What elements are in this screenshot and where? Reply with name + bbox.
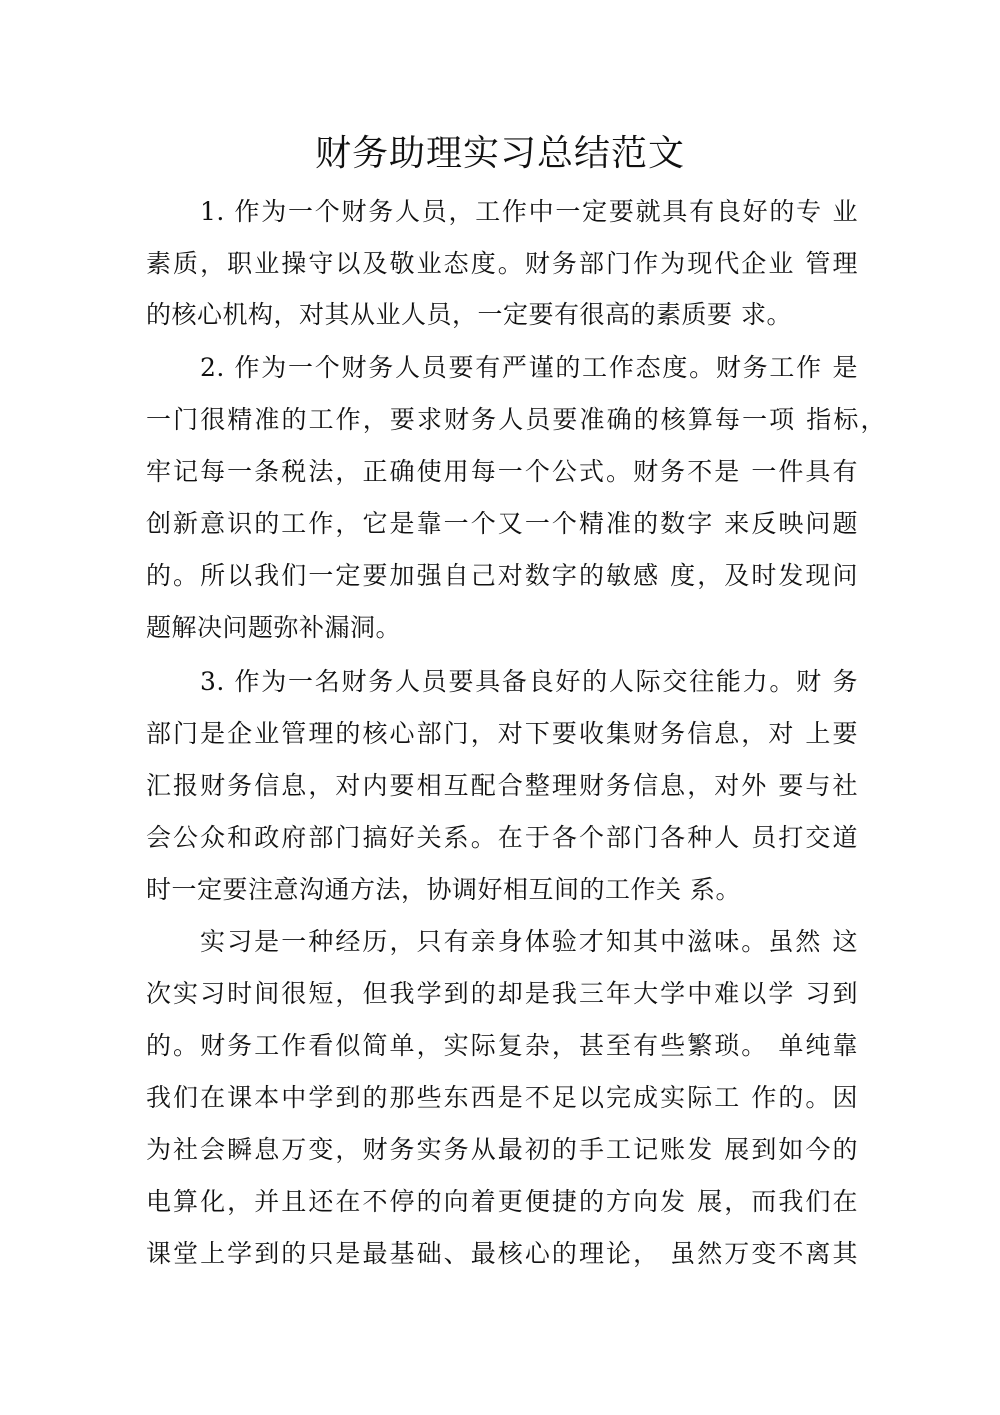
paragraph-1-line-3: 的核心机构，对其从业人员，一定要有很高的素质要 求。	[146, 289, 858, 341]
paragraph-2-line-1: 2. 作为一个财务人员要有严谨的工作态度。财务工作 是	[200, 342, 858, 394]
paragraph-4-line-1: 实习是一种经历，只有亲身体验才知其中滋味。虽然 这	[200, 916, 858, 968]
paragraph-4-line-2: 次实习时间很短，但我学到的却是我三年大学中难以学 习到	[146, 968, 858, 1020]
paragraph-3-line-5: 时一定要注意沟通方法，协调好相互间的工作关 系。	[146, 864, 858, 916]
paragraph-1-line-2: 素质，职业操守以及敬业态度。财务部门作为现代企业 管理	[146, 238, 858, 290]
paragraph-3-line-4: 会公众和政府部门搞好关系。在于各个部门各种人 员打交道	[146, 812, 858, 864]
paragraph-2-line-5: 的。所以我们一定要加强自己对数字的敏感 度，及时发现问	[146, 550, 858, 602]
paragraph-1-line-1: 1. 作为一个财务人员，工作中一定要就具有良好的专 业	[200, 186, 858, 238]
paragraph-3-line-2: 部门是企业管理的核心部门，对下要收集财务信息，对 上要	[146, 708, 858, 760]
paragraph-4-line-6: 电算化，并且还在不停的向着更便捷的方向发 展，而我们在	[146, 1176, 858, 1228]
paragraph-2-line-6: 题解决问题弥补漏洞。	[146, 602, 858, 654]
paragraph-2-line-3: 牢记每一条税法，正确使用每一个公式。财务不是 一件具有	[146, 446, 858, 498]
paragraph-4-line-4: 我们在课本中学到的那些东西是不足以完成实际工 作的。因	[146, 1072, 858, 1124]
paragraph-3-line-3: 汇报财务信息，对内要相互配合整理财务信息，对外 要与社	[146, 760, 858, 812]
paragraph-2-line-4: 创新意识的工作，它是靠一个又一个精准的数字 来反映问题	[146, 498, 858, 550]
paragraph-4-line-7: 课堂上学到的只是最基础、最核心的理论， 虽然万变不离其	[146, 1228, 858, 1280]
document-title: 财务助理实习总结范文	[0, 128, 1000, 180]
document-page: 财务助理实习总结范文 1. 作为一个财务人员，工作中一定要就具有良好的专 业 素…	[0, 0, 1000, 1415]
paragraph-4-line-3: 的。财务工作看似简单，实际复杂，甚至有些繁琐。 单纯靠	[146, 1020, 858, 1072]
paragraph-3-line-1: 3. 作为一名财务人员要具备良好的人际交往能力。财 务	[200, 656, 858, 708]
paragraph-4-line-5: 为社会瞬息万变，财务实务从最初的手工记账发 展到如今的	[146, 1124, 858, 1176]
paragraph-2-line-2: 一门很精准的工作，要求财务人员要准确的核算每一项 指标，	[146, 394, 886, 446]
